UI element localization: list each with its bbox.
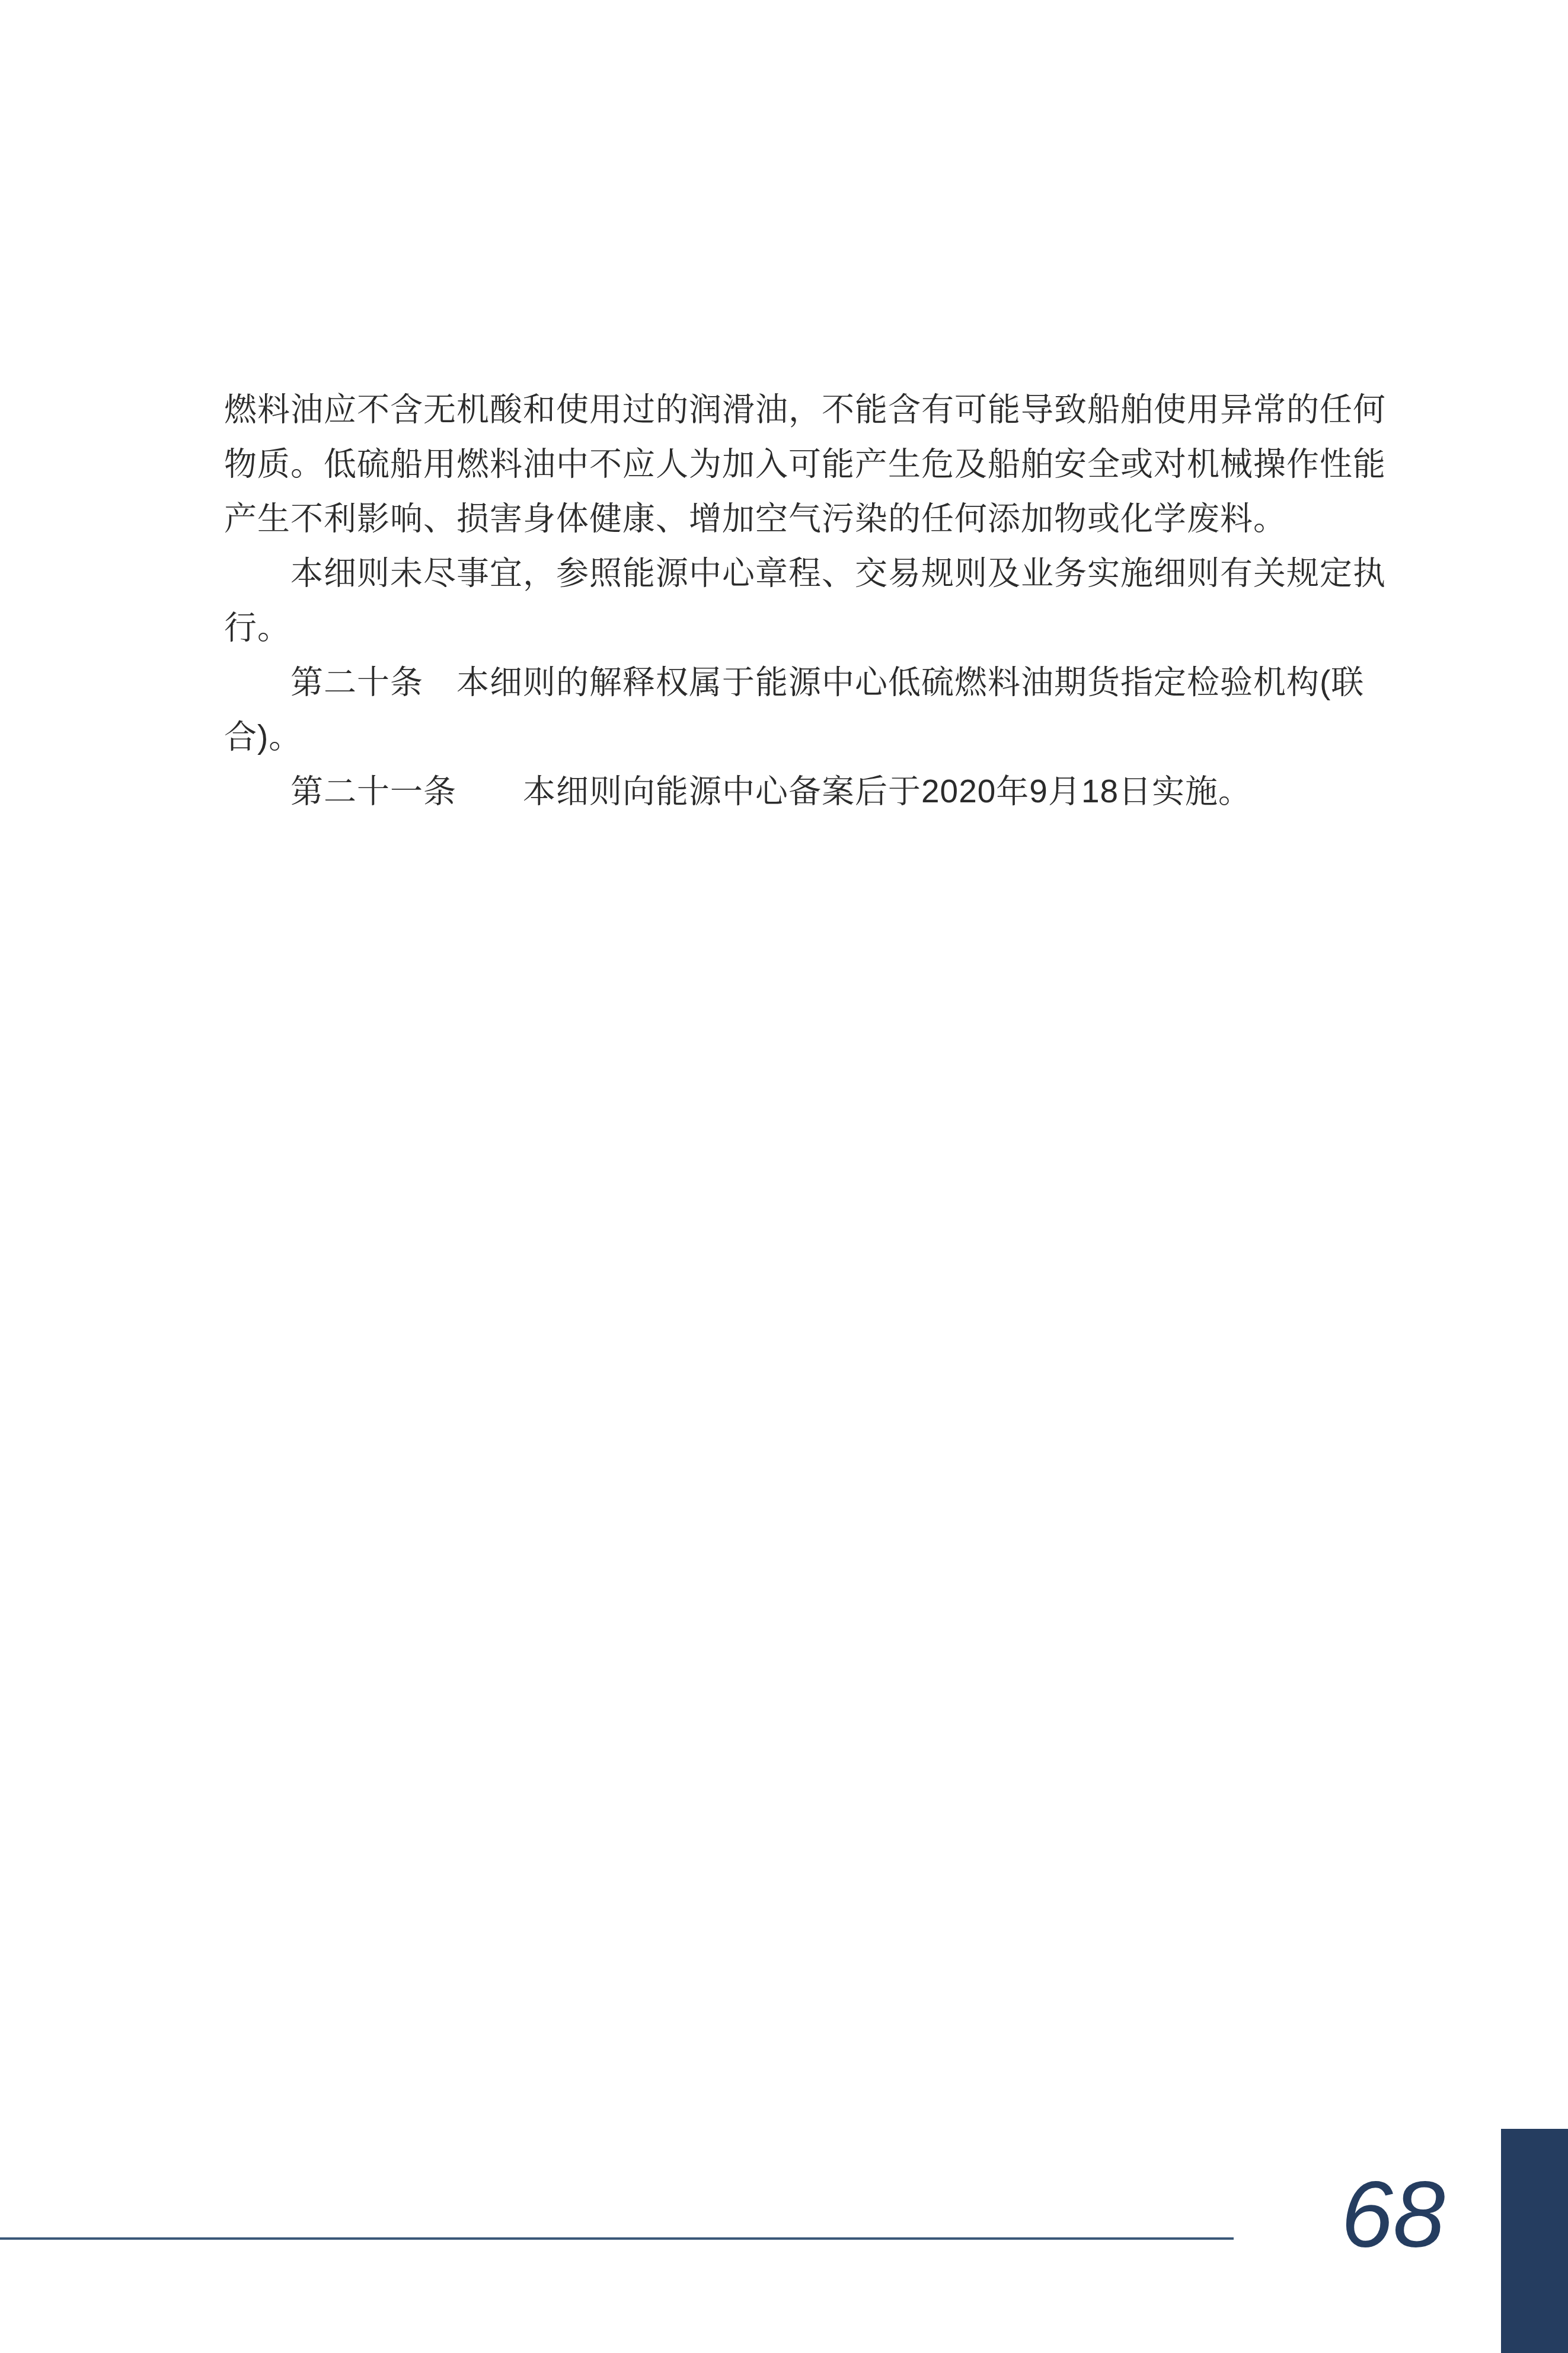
body-text-line: 物质。低硫船用燃料油中不应人为加入可能产生危及船舶安全或对机械操作性能 <box>224 436 1352 491</box>
body-text-block: 燃料油应不含无机酸和使用过的润滑油，不能含有可能导致船舶使用异常的任何 物质。低… <box>224 382 1352 818</box>
document-page: 燃料油应不含无机酸和使用过的润滑油，不能含有可能导致船舶使用异常的任何 物质。低… <box>0 0 1568 2353</box>
footer-rule <box>0 2237 1234 2240</box>
body-text-line: 燃料油应不含无机酸和使用过的润滑油，不能含有可能导致船舶使用异常的任何 <box>224 382 1352 436</box>
page-number: 68 <box>1341 2167 1445 2261</box>
body-text-line: 合)。 <box>224 709 1352 764</box>
body-text-line: 第二十条 本细则的解释权属于能源中心低硫燃料油期货指定检验机构(联 <box>224 655 1352 709</box>
page-edge-marker <box>1501 2129 1568 2353</box>
body-text-line: 本细则未尽事宜，参照能源中心章程、交易规则及业务实施细则有关规定执 <box>224 546 1352 600</box>
body-text-line: 行。 <box>224 600 1352 655</box>
body-text-line: 第二十一条 本细则向能源中心备案后于2020年9月18日实施。 <box>224 764 1352 818</box>
body-text-line: 产生不利影响、损害身体健康、增加空气污染的任何添加物或化学废料。 <box>224 491 1352 546</box>
